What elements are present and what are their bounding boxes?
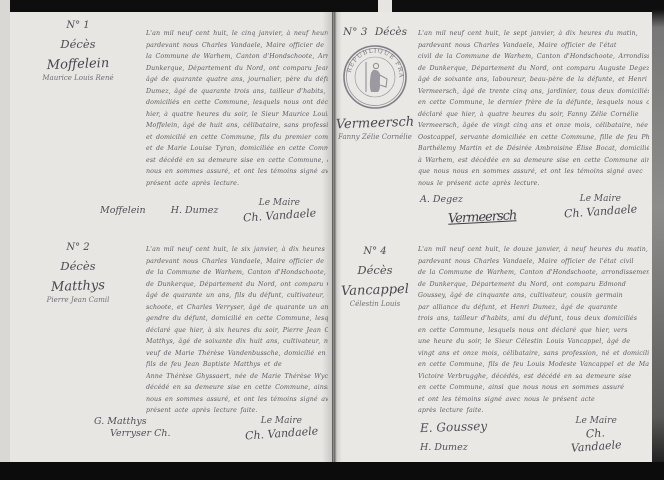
register-line: hier, à quatre heures du soir, le Sieur … — [146, 109, 328, 121]
register-line: est décédé en sa demeure sise en cette C… — [146, 155, 328, 167]
record-body: L'an mil neuf cent huit, le six janvier,… — [146, 232, 332, 417]
signature-block: A. Degez Vermeersch Le Maire Ch. Vandael… — [332, 194, 653, 225]
margin-annotation: N° 1 Décès Moffelein Maurice Louis René — [10, 18, 146, 189]
register-line: Vermeersch, âgée de vingt cinq ans et on… — [418, 120, 649, 132]
register-line: et ont les témoins signé avec nous le pr… — [418, 394, 649, 406]
entry-heading: N° 3 Décès — [332, 26, 418, 38]
register-line: nous le présent acte après lecture. — [418, 178, 649, 190]
death-record-entry-3: N° 3 Décès RÉPUBLIQUE FRANÇAISE — [332, 20, 653, 189]
entry-type-label: Décès — [332, 263, 418, 277]
deceased-given-names: Maurice Louis René — [10, 74, 146, 82]
register-line: en cette Commune, le dernier frère de la… — [418, 97, 649, 109]
witness-signature: Moffelein — [100, 205, 146, 216]
register-line: L'an mil neuf cent huit, le six janvier,… — [146, 244, 328, 256]
record-body: L'an mil neuf cent huit, le sept janvier… — [418, 20, 653, 189]
register-line: civil de la Commune de Warhem, Canton d'… — [418, 51, 649, 63]
register-line: Goussey, âgé de cinquante ans, cultivate… — [418, 290, 649, 302]
margin-annotation: N° 2 Décès Matthys Pierre Jean Camil — [10, 232, 146, 417]
record-body: L'an mil neuf cent huit, le cinq janvier… — [146, 18, 332, 189]
witness-signatures: E. Goussey H. Dumez — [420, 416, 563, 454]
register-line: nous en sommes assuré, et ont les témoin… — [146, 166, 328, 178]
witness-signatures: A. Degez Vermeersch — [420, 194, 516, 225]
witness-signature: H. Dumez — [420, 442, 468, 453]
entry-number: N° 2 — [10, 242, 146, 253]
register-line: Victoire Verbrugghe, décédés, est décédé… — [418, 371, 649, 383]
entry-type-label: Décès — [10, 37, 146, 51]
register-line: présent acte après lecture. — [146, 178, 328, 190]
register-line: de la Commune de Warhem, Canton d'Hondsc… — [418, 267, 649, 279]
witness-signatures: G. Matthys Verryser Ch. — [94, 416, 171, 440]
register-line: vingt ans et onze mois, célibataire, san… — [418, 348, 649, 360]
register-line: de Dunkerque, Département du Nord, ont c… — [418, 279, 649, 291]
register-line: décédé en sa demeure sise en cette Commu… — [146, 382, 328, 394]
register-line: après lecture faite. — [418, 405, 649, 417]
record-body: L'an mil neuf cent huit, le douze janvie… — [418, 234, 653, 417]
mayor-signature: Ch. Vandaele — [563, 202, 637, 220]
deceased-surname: Moffelein — [10, 55, 146, 75]
entry-number: N° 4 — [332, 246, 418, 257]
register-line: Dumez, âgé de quarante trois ans, taille… — [146, 86, 328, 98]
register-line: nous en sommes assuré, et ont les témoin… — [146, 394, 328, 406]
register-line: âgé de quarante un ans, fils du défunt, … — [146, 290, 328, 302]
witness-signature: Vermeersch — [448, 208, 517, 227]
register-line: en cette Commune, ainsi que nous nous en… — [418, 382, 649, 394]
register-line: par alliance du défunt, et Henri Dumez, … — [418, 302, 649, 314]
register-line: que nous nous en sommes assuré, et ont l… — [418, 166, 649, 178]
register-line: âgé de quarante quatre ans, journalier, … — [146, 74, 328, 86]
death-record-entry-1: N° 1 Décès Moffelein Maurice Louis René … — [10, 18, 332, 189]
register-line: veuf de Marie Thérèse Vandenbussche, dom… — [146, 348, 328, 360]
register-line: de Dunkerque, Département du Nord, ont c… — [146, 279, 328, 291]
register-line: pardevant nous Charles Vandaele, Maire o… — [146, 40, 328, 52]
margin-annotation: N° 3 Décès RÉPUBLIQUE FRANÇAISE — [332, 20, 418, 189]
signature-block: Moffelein H. Dumez Le Maire Ch. Vandaele — [10, 198, 332, 222]
register-line: L'an mil neuf cent huit, le sept janvier… — [418, 28, 649, 40]
right-page: N° 3 Décès RÉPUBLIQUE FRANÇAISE — [332, 12, 653, 464]
deceased-surname: Vermeersch — [332, 115, 418, 133]
entry-number: N° 1 — [10, 20, 146, 31]
center-fold-line — [332, 12, 333, 464]
scan-top-edge — [10, 0, 652, 12]
register-line: âgé de soixante ans, laboureur, beau-pèr… — [418, 74, 649, 86]
register-line: L'an mil neuf cent huit, le douze janvie… — [418, 244, 649, 256]
deceased-given-names: Fanny Zélie Cornélie — [332, 133, 418, 141]
witness-signature: H. Dumez — [171, 205, 219, 216]
paper-spread: N° 1 Décès Moffelein Maurice Louis René … — [10, 12, 653, 464]
scan-right-edge — [652, 0, 664, 462]
register-line: fils de feu Jean Baptiste Matthys et de — [146, 359, 328, 371]
witness-signatures: Moffelein H. Dumez — [100, 198, 238, 217]
margin-annotation: N° 4 Décès Vancappel Célestin Louis — [332, 234, 418, 417]
entry-type-label: Décès — [10, 259, 146, 273]
register-line: Dunkerque, Département du Nord, ont comp… — [146, 63, 328, 75]
register-line: et domicilié en cette Commune, fils du p… — [146, 132, 328, 144]
register-line: gendre du défunt, domicilié en cette Com… — [146, 313, 328, 325]
stamp-figure — [366, 62, 387, 92]
register-line: une heure du soir, le Sieur Célestin Lou… — [418, 336, 649, 348]
register-line: Barthélemy Martin et de Désirée Ambroisi… — [418, 143, 649, 155]
register-line: Oostcappel, servante domiciliée en cette… — [418, 132, 649, 144]
register-line: pardevant nous Charles Vandaele, Maire o… — [418, 256, 649, 268]
register-line: déclaré que hier, à six heures du soir, … — [146, 325, 328, 337]
register-line: domiciliés en cette Commune, lesquels no… — [146, 97, 328, 109]
register-line: Matthys, âgé de soixante dix huit ans, c… — [146, 336, 328, 348]
register-line: et de Marie Louise Tyran, domiciliée en … — [146, 143, 328, 155]
register-line: déclaré que hier, à quatre heures du soi… — [418, 109, 649, 121]
register-line: présent acte après lecture faite. — [146, 405, 328, 417]
mayor-signature: Ch. Vandaele — [242, 206, 316, 224]
scan-top-edge-notch — [378, 0, 392, 12]
witness-signature: Verryser Ch. — [110, 428, 171, 439]
mayor-signature-block: Le Maire Ch. Vandaele — [245, 416, 318, 440]
mayor-signature: Ch. Vandaele — [244, 424, 318, 442]
register-line: la Commune de Warhem, Canton d'Hondschoo… — [146, 51, 328, 63]
entry-type-label: Décès — [375, 26, 407, 38]
register-line: de Dunkerque, Département du Nord, ont c… — [418, 63, 649, 75]
register-line: en cette Commune, fils de feu Louis Mode… — [418, 359, 649, 371]
deceased-surname: Vancappel — [332, 282, 418, 300]
signature-block: E. Goussey H. Dumez Le Maire Ch. Vandael… — [332, 416, 653, 454]
republique-francaise-stamp-icon: RÉPUBLIQUE FRANÇAISE — [342, 44, 408, 110]
deceased-surname: Matthys — [10, 277, 146, 297]
mayor-signature-block: Le Maire Ch. Vandaele — [564, 194, 637, 218]
register-line: Anne Thérèse Ghyssaert, née de Marie Thé… — [146, 371, 328, 383]
register-line: schoote, et Charles Verryser, âgé de qua… — [146, 302, 328, 314]
scan-bottom-edge — [0, 462, 664, 480]
register-line: Vermeersch, âgé de trente cinq ans, jard… — [418, 86, 649, 98]
register-line: en cette Commune, lesquels nous ont décl… — [418, 325, 649, 337]
witness-signature: E. Goussey — [420, 419, 488, 435]
witness-signature: G. Matthys — [94, 416, 171, 427]
death-record-entry-4: N° 4 Décès Vancappel Célestin Louis L'an… — [332, 234, 653, 417]
left-page: N° 1 Décès Moffelein Maurice Louis René … — [10, 12, 332, 464]
register-line: Moffelein, âgé de huit ans, célibataire,… — [146, 120, 328, 132]
mayor-signature-block: Le Maire Ch. Vandaele — [243, 198, 316, 222]
register-line: L'an mil neuf cent huit, le cinq janvier… — [146, 28, 328, 40]
register-line: de la Commune de Warhem, Canton d'Hondsc… — [146, 267, 328, 279]
entry-number: N° 3 — [343, 26, 367, 38]
mayor-signature: Ch. Vandaele — [563, 425, 630, 456]
witness-signature: A. Degez — [420, 194, 516, 205]
deceased-given-names: Pierre Jean Camil — [10, 296, 146, 304]
register-line: pardevant nous Charles Vandaele, Maire o… — [418, 40, 649, 52]
mayor-signature-block: Le Maire Ch. Vandaele — [563, 416, 629, 453]
register-line: pardevant nous Charles Vandaele, Maire o… — [146, 256, 328, 268]
register-line: à Warhem, est décédée en sa demeure sise… — [418, 155, 649, 167]
signature-block: G. Matthys Verryser Ch. Le Maire Ch. Van… — [10, 416, 332, 440]
death-record-entry-2: N° 2 Décès Matthys Pierre Jean Camil L'a… — [10, 232, 332, 417]
register-line: trois ans, tailleur d'habits, ami du déf… — [418, 313, 649, 325]
document-scan: N° 1 Décès Moffelein Maurice Louis René … — [0, 0, 664, 480]
deceased-given-names: Célestin Louis — [332, 300, 418, 308]
scan-left-edge — [0, 0, 10, 462]
